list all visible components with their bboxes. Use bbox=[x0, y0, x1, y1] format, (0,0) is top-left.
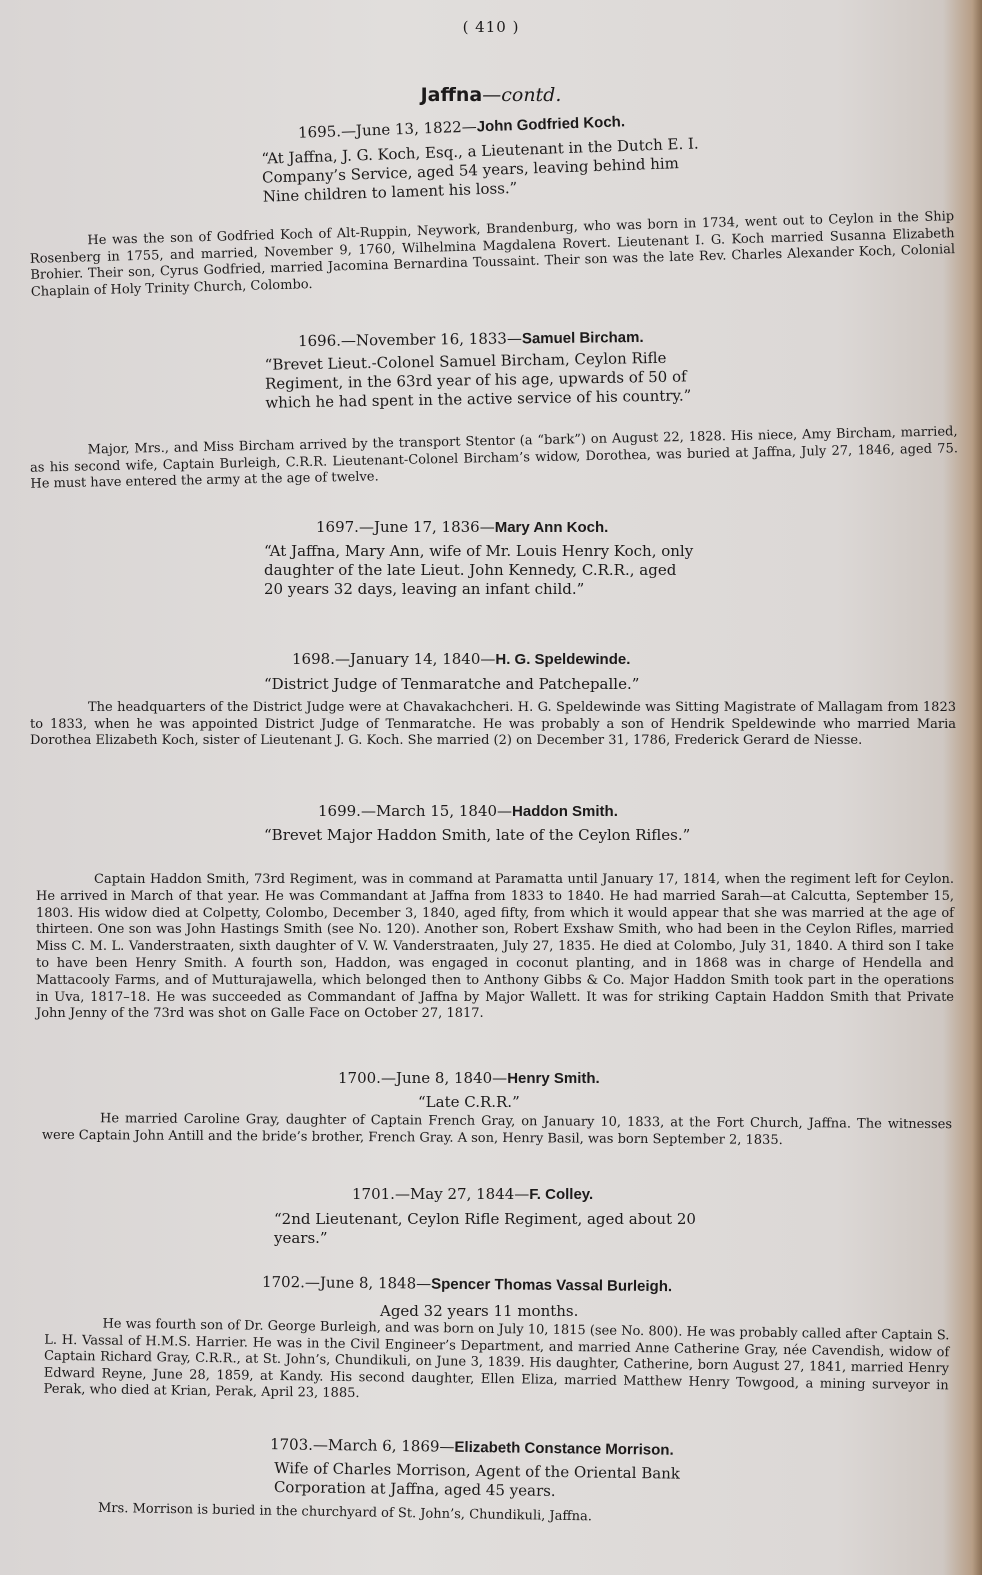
entry-heading-1695: 1695.—June 13, 1822—John Godfried Koch. bbox=[298, 112, 625, 141]
entry-note-1699: Captain Haddon Smith, 73rd Regiment, was… bbox=[36, 872, 954, 1023]
entry-quote-1703: Wife of Charles Morrison, Agent of the O… bbox=[274, 1459, 706, 1503]
book-page: ( 410 ) Jaffna—contd. 1695.—June 13, 182… bbox=[0, 0, 982, 1575]
entry-quote-1699: “Brevet Major Haddon Smith, late of the … bbox=[264, 826, 704, 845]
entry-name: F. Colley. bbox=[529, 1186, 593, 1203]
entry-quote-1695: “At Jaffna, J. G. Koch, Esq., a Lieutena… bbox=[261, 134, 703, 206]
entry-quote-1701: “2nd Lieutenant, Ceylon Rifle Regiment, … bbox=[274, 1210, 706, 1248]
entry-name: Mary Ann Koch. bbox=[495, 519, 609, 536]
entry-note-1696: Major, Mrs., and Miss Bircham arrived by… bbox=[30, 424, 959, 493]
entry-note-1703: Mrs. Morrison is buried in the churchyar… bbox=[98, 1501, 698, 1528]
section-title-place: Jaffna bbox=[421, 84, 483, 106]
entry-number: 1702.—June 8, 1848— bbox=[262, 1273, 431, 1293]
section-title: Jaffna—contd. bbox=[0, 84, 982, 106]
entry-number: 1703.—March 6, 1869— bbox=[270, 1435, 455, 1456]
entry-note-1700: He married Caroline Gray, daughter of Ca… bbox=[42, 1111, 952, 1150]
entry-heading-1696: 1696.—November 16, 1833—Samuel Bircham. bbox=[298, 328, 644, 350]
entry-number: 1695.—June 13, 1822— bbox=[298, 117, 477, 141]
entry-name: Samuel Bircham. bbox=[522, 329, 644, 347]
section-title-suffix: —contd. bbox=[482, 84, 561, 106]
entry-heading-1699: 1699.—March 15, 1840—Haddon Smith. bbox=[318, 802, 618, 820]
entry-name: Henry Smith. bbox=[507, 1070, 600, 1087]
entry-note-1702: He was fourth son of Dr. George Burleigh… bbox=[43, 1316, 949, 1411]
entry-number: 1699.—March 15, 1840— bbox=[318, 802, 512, 820]
entry-heading-1702: 1702.—June 8, 1848—Spencer Thomas Vassal… bbox=[262, 1273, 672, 1295]
entry-number: 1696.—November 16, 1833— bbox=[298, 329, 522, 350]
entry-number: 1698.—January 14, 1840— bbox=[292, 650, 495, 668]
entry-name: John Godfried Koch. bbox=[476, 113, 625, 135]
entry-note-1695: He was the son of Godfried Koch of Alt-R… bbox=[29, 209, 955, 301]
entry-note-1698: The headquarters of the District Judge w… bbox=[30, 700, 956, 750]
entry-heading-1697: 1697.—June 17, 1836—Mary Ann Koch. bbox=[316, 518, 608, 536]
entry-quote-1700: “Late C.R.R.” bbox=[418, 1093, 618, 1112]
entry-name: Haddon Smith. bbox=[512, 803, 618, 820]
entry-number: 1700.—June 8, 1840— bbox=[338, 1069, 507, 1087]
entry-heading-1701: 1701.—May 27, 1844—F. Colley. bbox=[352, 1185, 593, 1203]
entry-name: H. G. Speldewinde. bbox=[495, 651, 630, 668]
entry-heading-1703: 1703.—March 6, 1869—Elizabeth Constance … bbox=[270, 1435, 674, 1459]
entry-name: Spencer Thomas Vassal Burleigh. bbox=[431, 1276, 672, 1296]
entry-number: 1701.—May 27, 1844— bbox=[352, 1185, 529, 1203]
entry-quote-1698: “District Judge of Tenmaratche and Patch… bbox=[264, 675, 784, 694]
entry-name: Elizabeth Constance Morrison. bbox=[454, 1439, 673, 1459]
entry-heading-1700: 1700.—June 8, 1840—Henry Smith. bbox=[338, 1069, 600, 1087]
entry-heading-1698: 1698.—January 14, 1840—H. G. Speldewinde… bbox=[292, 650, 630, 668]
entry-quote-1697: “At Jaffna, Mary Ann, wife of Mr. Louis … bbox=[264, 542, 700, 599]
page-number: ( 410 ) bbox=[0, 18, 982, 36]
entry-number: 1697.—June 17, 1836— bbox=[316, 518, 495, 536]
entry-quote-1696: “Brevet Lieut.-Colonel Samuel Bircham, C… bbox=[265, 348, 701, 413]
entry-quote-1702: Aged 32 years 11 months. bbox=[380, 1302, 680, 1321]
